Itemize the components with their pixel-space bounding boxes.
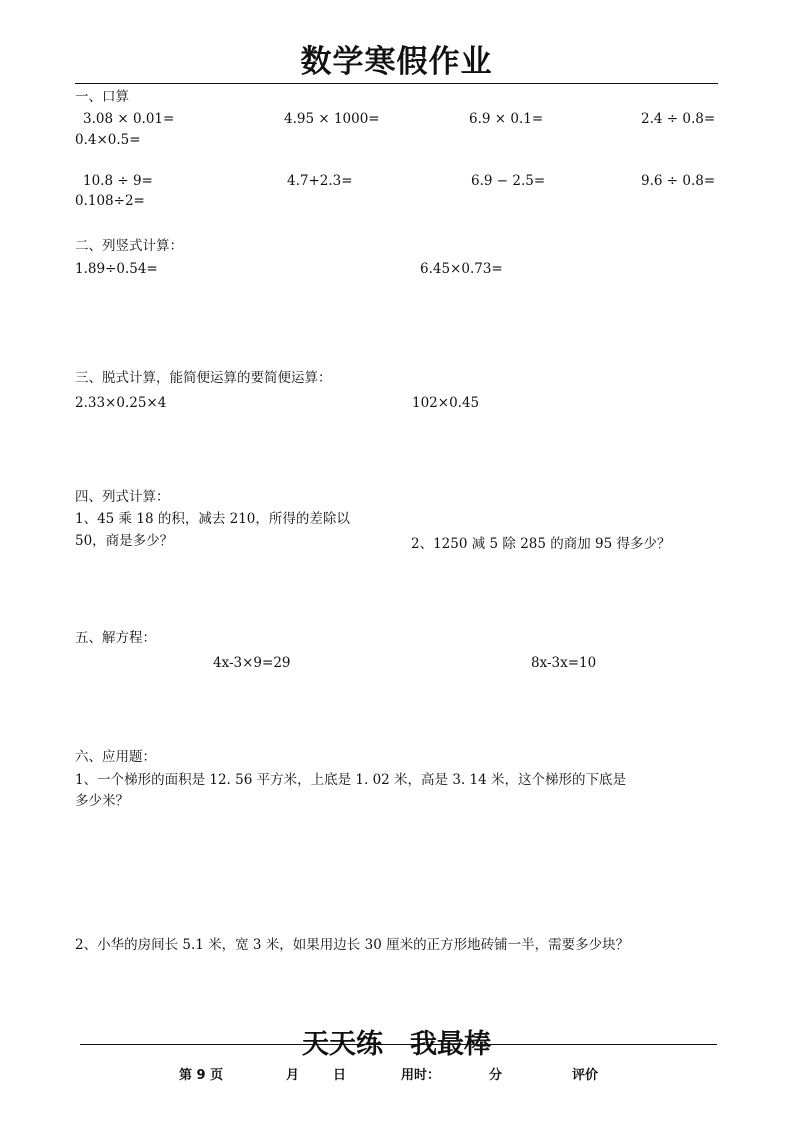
problem: 1、45 乘 18 的积，减去 210，所得的差除以 <box>75 510 350 528</box>
page-number: 第 9 页 <box>179 1064 223 1083</box>
problem: 4.95 × 1000= <box>284 110 380 128</box>
problem: 102×0.45 <box>412 394 479 412</box>
problem: 2、1250 减 5 除 285 的商加 95 得多少？ <box>411 535 671 553</box>
problem: 6.45×0.73= <box>420 260 503 278</box>
problem: 2.33×0.25×4 <box>75 394 166 412</box>
footer-slogan: 天天练 我最棒 <box>0 1022 793 1061</box>
time-used-label: 用时： <box>401 1064 440 1083</box>
problem: 6.9 × 0.1= <box>469 110 543 128</box>
header-divider <box>75 83 718 84</box>
problem: 1、一个梯形的面积是 12. 56 平方米，上底是 1. 02 米，高是 3. … <box>75 771 626 789</box>
day-label: 日 <box>333 1064 346 1083</box>
problem: 10.8 ÷ 9= <box>83 172 153 190</box>
section-heading-word-problems: 六、应用题： <box>75 748 156 766</box>
page-title: 数学寒假作业 <box>0 36 793 81</box>
problem: 2、小华的房间长 5.1 米，宽 3 米，如果用边长 30 厘米的正方形地砖铺一… <box>75 936 629 954</box>
section-heading-expression-calc: 四、列式计算： <box>75 488 170 506</box>
section-heading-vertical-calc: 二、列竖式计算： <box>75 237 183 255</box>
section-heading-mental-math: 一、口算 <box>75 88 129 106</box>
problem: 9.6 ÷ 0.8= <box>641 172 715 190</box>
problem: 0.108÷2= <box>75 192 145 210</box>
problem: 2.4 ÷ 0.8= <box>641 110 715 128</box>
problem: 50，商是多少？ <box>75 532 173 550</box>
evaluation-label: 评价 <box>572 1064 598 1083</box>
section-heading-equations: 五、解方程： <box>75 629 156 647</box>
problem: 6.9 − 2.5= <box>471 172 545 190</box>
equation: 4x-3×9=29 <box>213 654 291 672</box>
month-label: 月 <box>286 1064 299 1083</box>
problem: 1.89÷0.54= <box>75 260 158 278</box>
problem: 多少米？ <box>75 792 129 810</box>
problem: 4.7+2.3= <box>287 172 353 190</box>
section-heading-stepwise-calc: 三、脱式计算，能简便运算的要简便运算： <box>75 369 332 387</box>
minutes-label: 分 <box>489 1064 502 1083</box>
equation: 8x-3x=10 <box>531 654 596 672</box>
problem: 0.4×0.5= <box>75 131 141 149</box>
problem: 3.08 × 0.01= <box>83 110 174 128</box>
